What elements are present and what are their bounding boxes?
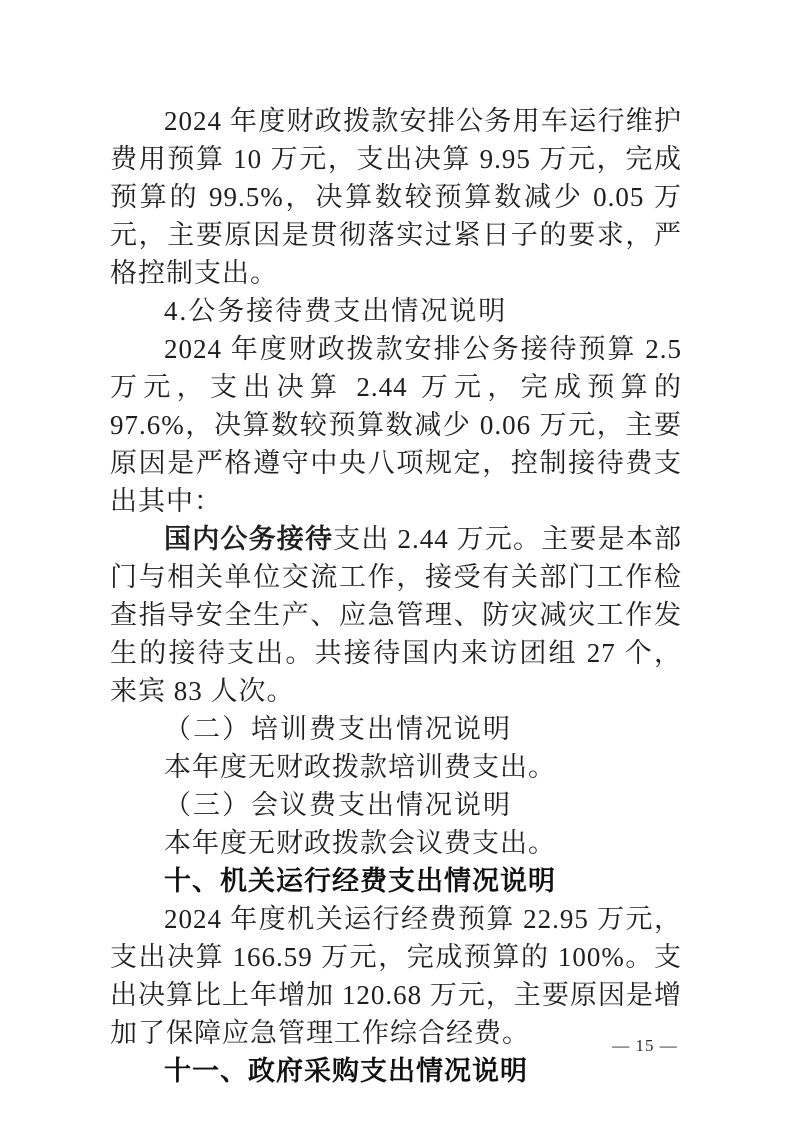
subheading-training-expense: （二）培训费支出情况说明 — [110, 710, 682, 748]
subheading-reception-expense: 4.公务接待费支出情况说明 — [110, 292, 682, 330]
paragraph-no-training-expense: 本年度无财政拨款培训费支出。 — [110, 748, 682, 786]
section-heading-government-procurement: 十一、政府采购支出情况说明 — [110, 1052, 682, 1090]
paragraph-agency-operating-expense: 2024 年度机关运行经费预算 22.95 万元， 支出决算 166.59 万元… — [110, 900, 682, 1052]
subheading-meeting-expense: （三）会议费支出情况说明 — [110, 786, 682, 824]
bold-lead-domestic-reception: 国内公务接待 — [164, 524, 333, 554]
paragraph-domestic-reception: 国内公务接待支出 2.44 万元。主要是本部门与相关单位交流工作，接受有关部门工… — [110, 520, 682, 710]
paragraph-vehicle-cost: 2024 年度财政拨款安排公务用车运行维护费用预算 10 万元，支出决算 9.9… — [110, 102, 682, 292]
document-body: 2024 年度财政拨款安排公务用车运行维护费用预算 10 万元，支出决算 9.9… — [110, 102, 682, 1090]
section-heading-agency-operating-expense: 十、机关运行经费支出情况说明 — [110, 862, 682, 900]
paragraph-no-meeting-expense: 本年度无财政拨款会议费支出。 — [110, 824, 682, 862]
paragraph-reception-budget: 2024 年度财政拨款安排公务接待预算 2.5 万元，支出决算 2.44 万元，… — [110, 330, 682, 520]
page-number: — 15 — — [610, 1036, 680, 1056]
document-page: 2024 年度财政拨款安排公务用车运行维护费用预算 10 万元，支出决算 9.9… — [0, 0, 793, 1122]
